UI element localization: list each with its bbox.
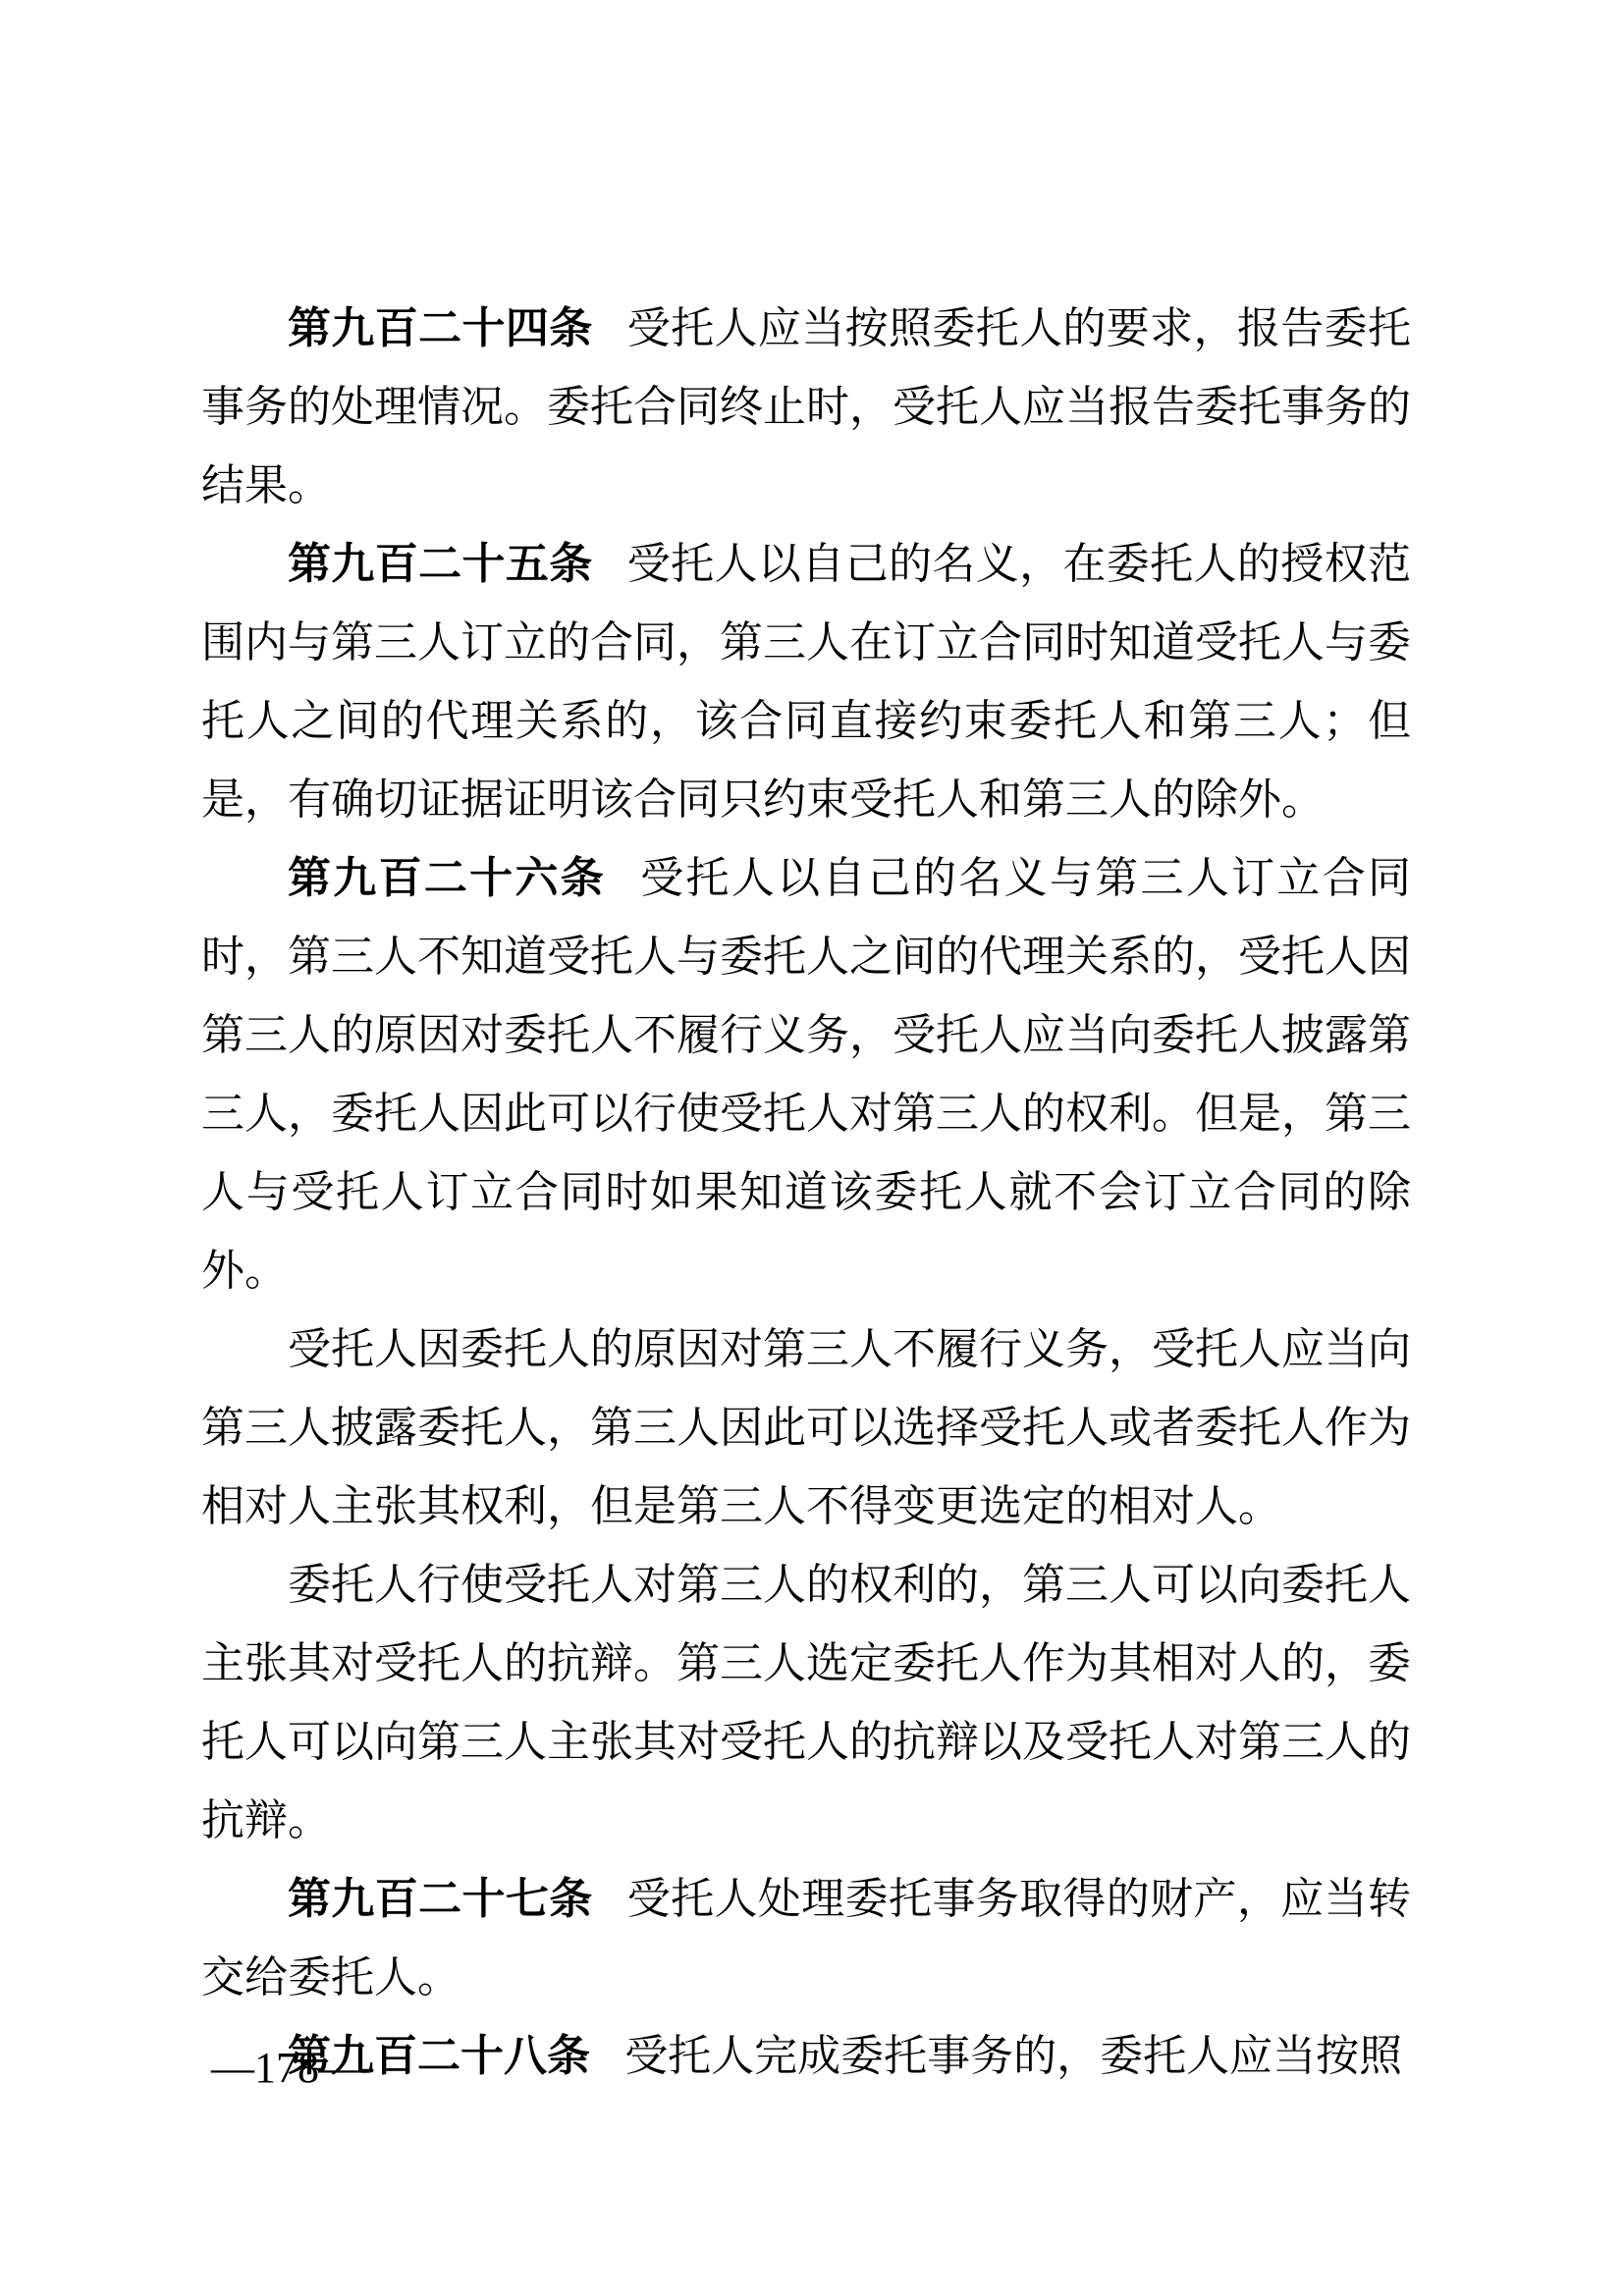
paragraph-text: 受托人完成委托事务的，委托人应当按照 bbox=[624, 2032, 1402, 2080]
document-body: 第九百二十四条受托人应当按照委托人的要求，报告委托事务的处理情况。委托合同终止时… bbox=[201, 290, 1411, 2096]
law-paragraph: 第九百二十八条受托人完成委托事务的，委托人应当按照 bbox=[201, 2017, 1411, 2096]
document-page: 第九百二十四条受托人应当按照委托人的要求，报告委托事务的处理情况。委托合同终止时… bbox=[0, 0, 1624, 2296]
article-number: 第九百二十四条 bbox=[288, 304, 593, 352]
law-paragraph: 委托人行使受托人对第三人的权利的，第三人可以向委托人主张其对受托人的抗辩。第三人… bbox=[201, 1546, 1411, 1860]
law-paragraph: 第九百二十六条受托人以自己的名义与第三人订立合同时，第三人不知道受托人与委托人之… bbox=[201, 839, 1411, 1310]
article-number: 第九百二十五条 bbox=[288, 540, 593, 588]
article-number: 第九百二十六条 bbox=[288, 854, 606, 902]
article-number: 第九百二十七条 bbox=[288, 1875, 593, 1923]
paragraph-text: 受托人因委托人的原因对第三人不履行义务，受托人应当向第三人披露委托人，第三人因此… bbox=[201, 1325, 1411, 1530]
page-number: —178— bbox=[211, 2045, 362, 2092]
paragraph-text: 受托人以自己的名义与第三人订立合同时，第三人不知道受托人与委托人之间的代理关系的… bbox=[201, 854, 1411, 1295]
paragraph-text: 委托人行使受托人对第三人的权利的，第三人可以向委托人主张其对受托人的抗辩。第三人… bbox=[201, 1561, 1411, 1844]
law-paragraph: 第九百二十四条受托人应当按照委托人的要求，报告委托事务的处理情况。委托合同终止时… bbox=[201, 290, 1411, 525]
law-paragraph: 第九百二十五条受托人以自己的名义，在委托人的授权范围内与第三人订立的合同，第三人… bbox=[201, 525, 1411, 839]
law-paragraph: 第九百二十七条受托人处理委托事务取得的财产，应当转交给委托人。 bbox=[201, 1860, 1411, 2017]
law-paragraph: 受托人因委托人的原因对第三人不履行义务，受托人应当向第三人披露委托人，第三人因此… bbox=[201, 1310, 1411, 1546]
